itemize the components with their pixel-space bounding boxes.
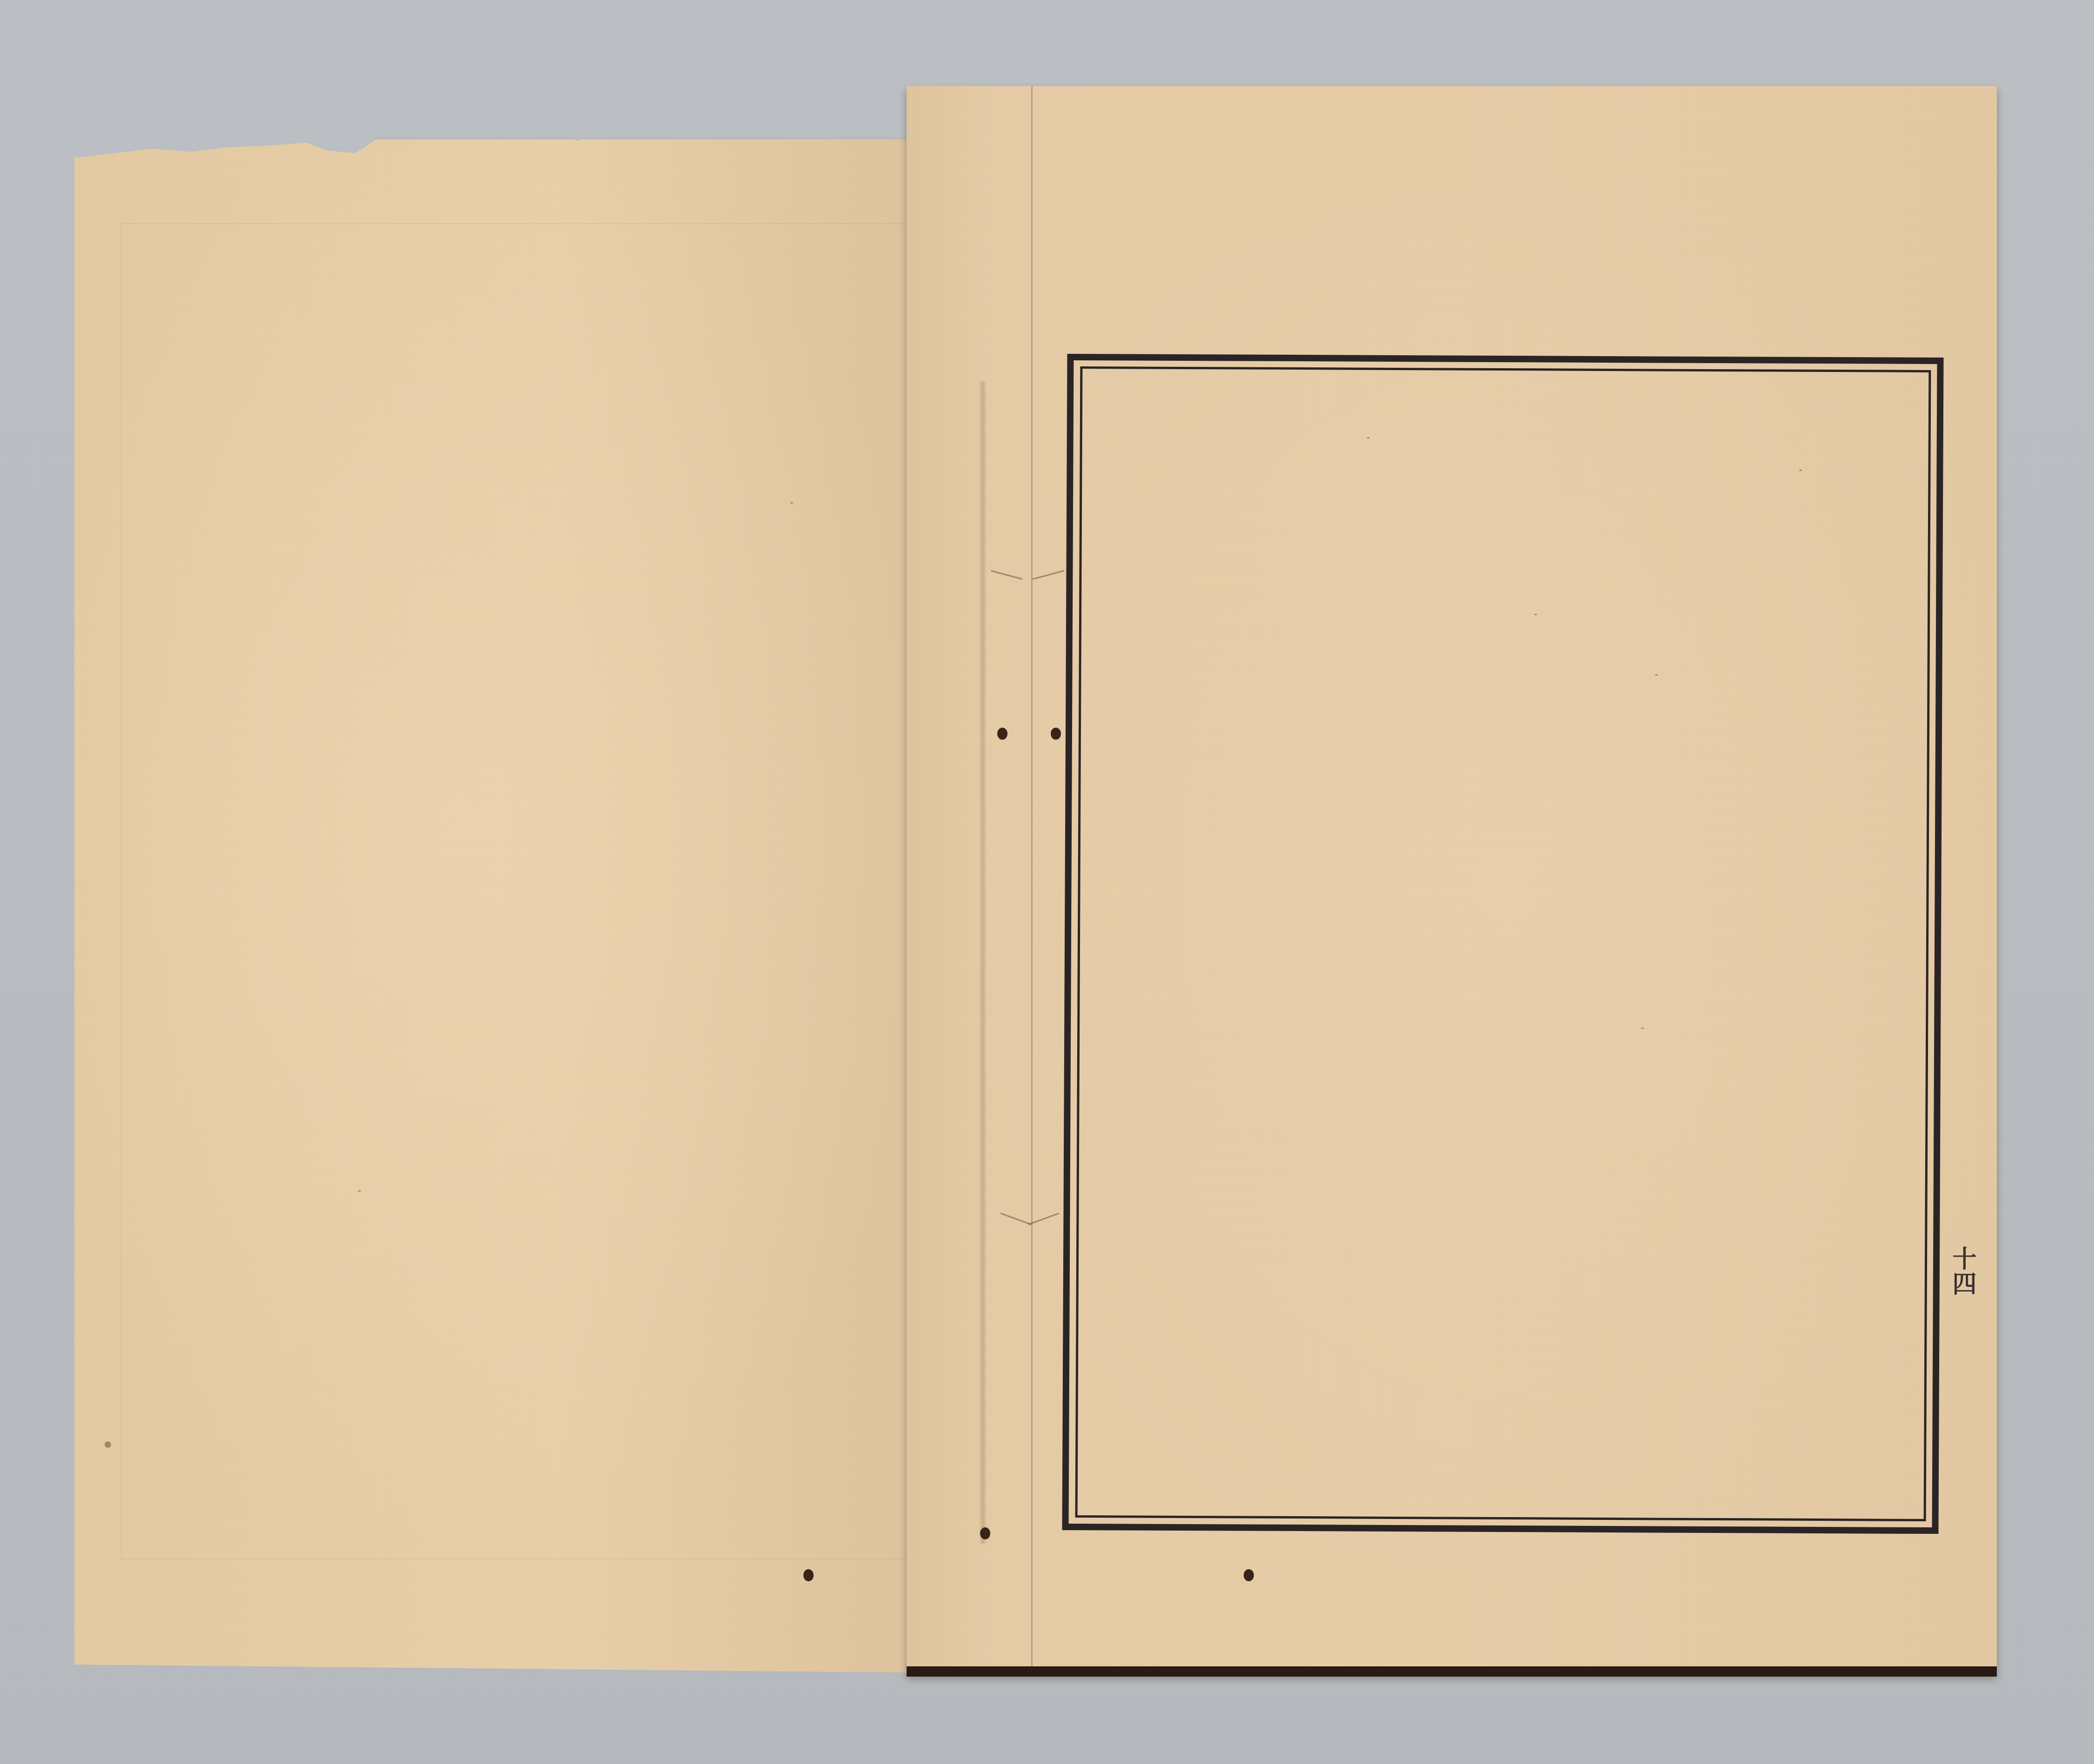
page-bottom-edge-shadow (907, 1666, 1997, 1677)
binding-hole (980, 1527, 990, 1539)
paper-fiber (1655, 674, 1658, 676)
paper-fiber (1641, 1028, 1644, 1029)
paper-fiber (790, 502, 793, 504)
binding-hole (1244, 1569, 1254, 1581)
paper-spot (105, 1441, 111, 1448)
paper-fiber (1534, 614, 1537, 615)
paper-fiber (1367, 437, 1370, 438)
binding-hole (1051, 728, 1061, 740)
page-fold-line (1031, 86, 1033, 1674)
show-through-text-column (1367, 465, 1397, 790)
printed-frame-inner (1075, 366, 1931, 1521)
paper-fiber (1799, 470, 1802, 471)
page-number: 十四 (1947, 1246, 1975, 1296)
binding-hole (997, 728, 1007, 740)
left-page-faint-frame (121, 223, 922, 1559)
paper-fiber (358, 1190, 361, 1192)
binding-hole (803, 1569, 814, 1581)
binding-crease (979, 381, 987, 1544)
